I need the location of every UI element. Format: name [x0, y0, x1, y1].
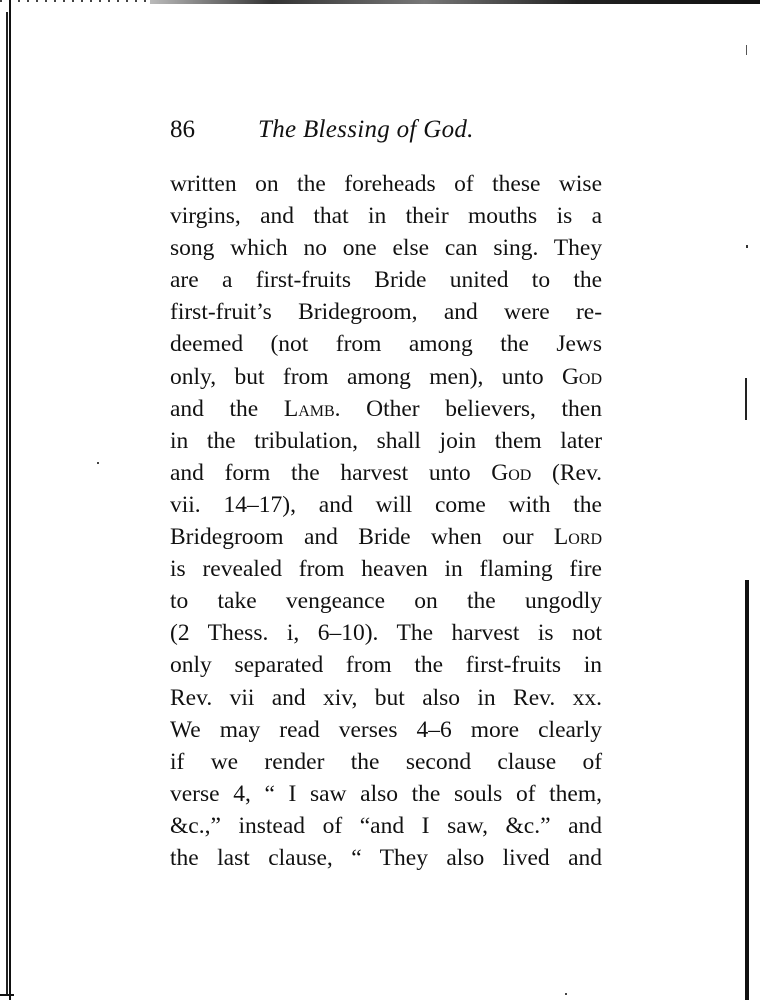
page-number: 86	[170, 110, 195, 150]
text-line: &c.,” instead of “and I saw, &c.” and	[170, 810, 602, 842]
text-line: and form the harvest unto God (Rev.	[170, 457, 602, 489]
body-text: written on the foreheads of these wisevi…	[170, 168, 602, 874]
scan-edge-top	[150, 0, 760, 4]
scan-edge-top-dots	[0, 0, 150, 2]
text-line: to take vengeance on the ungodly	[170, 585, 602, 617]
scan-mark-right-upper	[746, 245, 748, 248]
text-line: We may read verses 4–6 more clearly	[170, 714, 602, 746]
text-line: the last clause, “ They also lived and	[170, 842, 602, 874]
text-line: Bridegroom and Bride when our Lord	[170, 521, 602, 553]
text-line: first-fruit’s Bridegroom, and were re-	[170, 296, 602, 328]
text-line: if we render the second clause of	[170, 746, 602, 778]
text-line: (2 Thess. i, 6–10). The harvest is not	[170, 617, 602, 649]
scan-edge-right	[745, 580, 749, 1000]
text-line: verse 4, “ I saw also the souls of them,	[170, 778, 602, 810]
text-line: vii. 14–17), and will come with the	[170, 489, 602, 521]
running-title: The Blessing of God.	[258, 110, 474, 150]
text-line: is revealed from heaven in flaming fire	[170, 553, 602, 585]
text-line: and the Lamb. Other believers, then	[170, 393, 602, 425]
scan-mark-right-top	[746, 45, 747, 55]
text-line: deemed (not from among the Jews	[170, 328, 602, 360]
scan-edge-left-bottom	[0, 994, 14, 996]
scan-mark-right-middle	[745, 378, 747, 420]
scan-speck	[97, 462, 99, 464]
running-head: 86 The Blessing of God.	[170, 110, 602, 150]
scan-edge-left-outer	[6, 12, 8, 994]
text-line: in the tribulation, shall join them late…	[170, 425, 602, 457]
text-line: written on the foreheads of these wise	[170, 168, 602, 200]
text-line: only, but from among men), unto God	[170, 361, 602, 393]
text-line: Rev. vii and xiv, but also in Rev. xx.	[170, 682, 602, 714]
scan-edge-left-inner	[9, 0, 11, 1000]
text-line: are a first-fruits Bride united to the	[170, 264, 602, 296]
scan-speck	[565, 993, 567, 995]
text-line: only separated from the first-fruits in	[170, 649, 602, 681]
text-line: virgins, and that in their mouths is a	[170, 200, 602, 232]
text-line: song which no one else can sing. They	[170, 232, 602, 264]
